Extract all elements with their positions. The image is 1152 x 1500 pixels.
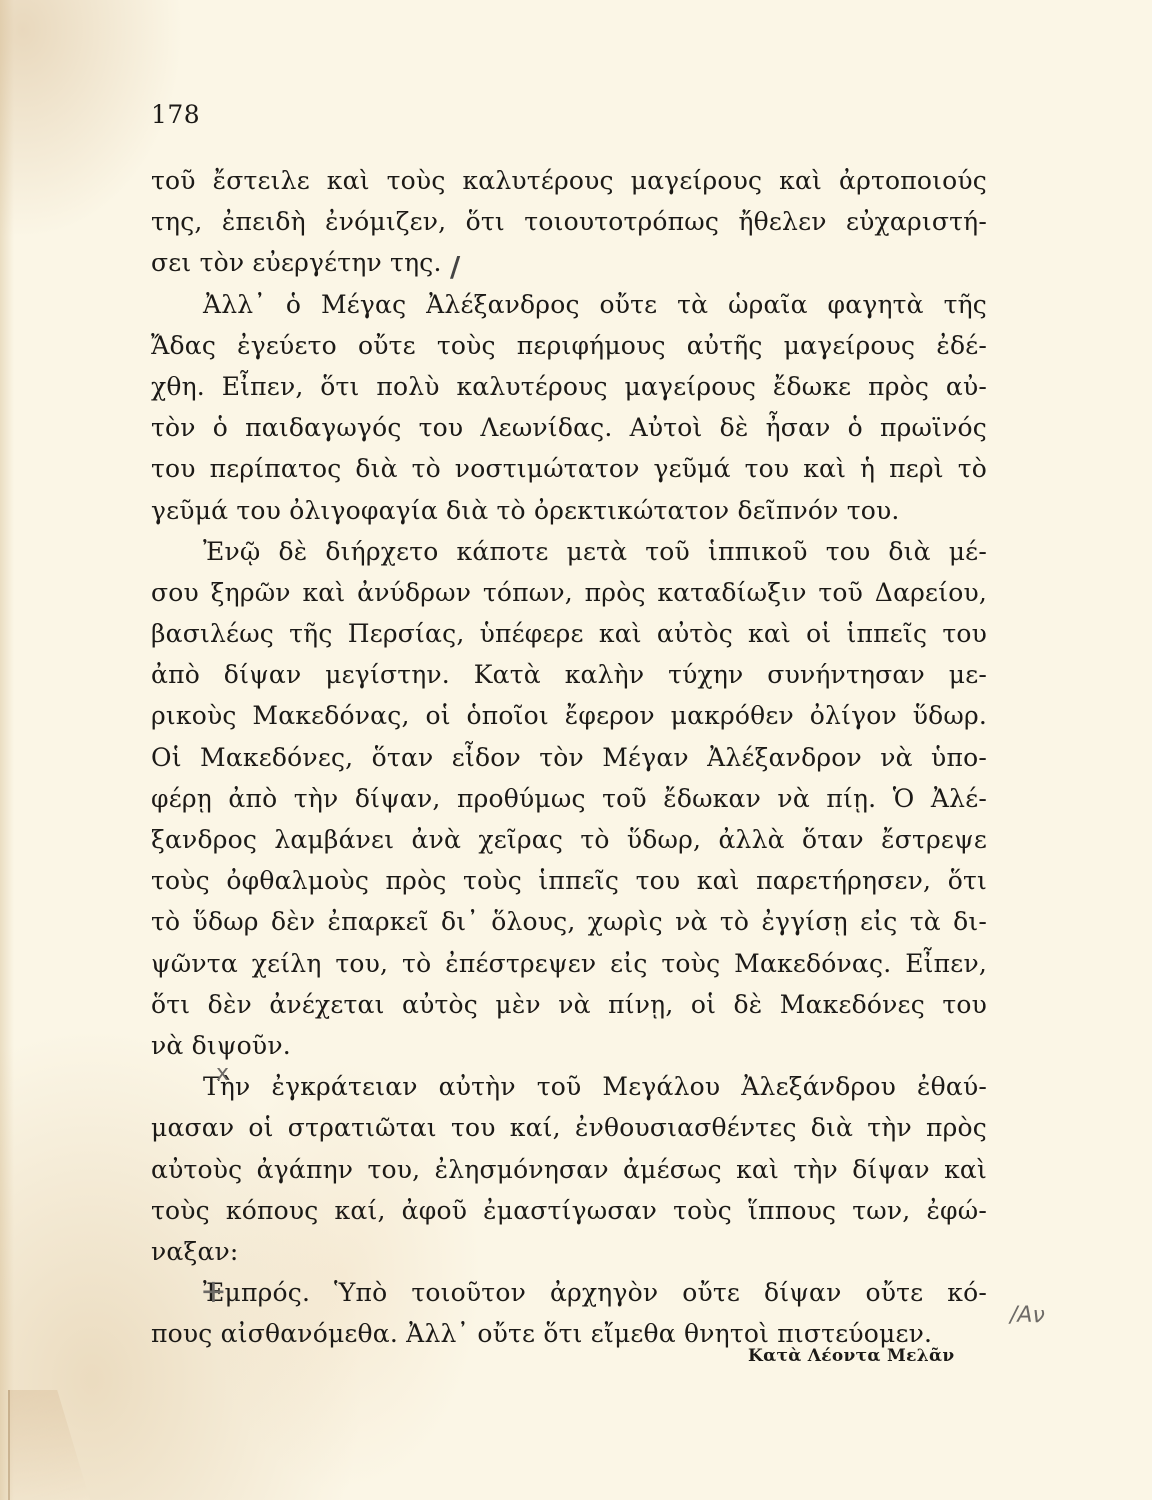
body-text: τοῦ ἔστειλε καὶ τοὺς καλυτέρους μαγείρου… <box>151 160 987 1354</box>
text-line: του περίπατος διὰ τὸ νοστιμώτατον γεῦμά … <box>151 448 987 489</box>
text-line: νὰ διψοῦν. <box>151 1025 987 1066</box>
text-line: τὸ ὕδωρ δὲν ἐπαρκεῖ δι᾽ ὅλους, χωρὶς νὰ … <box>151 901 987 942</box>
scanned-book-page: 178 τοῦ ἔστειλε καὶ τοὺς καλυτέρους μαγε… <box>0 0 1152 1500</box>
attribution: Κατὰ Λέοντα Μελᾶν <box>748 1346 954 1366</box>
text-line: σου ξηρῶν καὶ ἀνύδρων τόπων, πρὸς καταδί… <box>151 572 987 613</box>
text-line: τοῦ ἔστειλε καὶ τοὺς καλυτέρους μαγείρου… <box>151 160 987 201</box>
text-line: Ἐνῷ δὲ διήρχετο κάποτε μετὰ τοῦ ἱππικοῦ … <box>151 531 987 572</box>
text-line: σει τὸν εὐεργέτην της. <box>151 242 987 283</box>
pencil-margin-note: /Αν <box>1010 1303 1045 1328</box>
text-line: Ἄδας ἐγεύετο οὔτε τοὺς περιφήμους αὐτῆς … <box>151 325 987 366</box>
text-line: Ἀλλ᾽ ὁ Μέγας Ἀλέξανδρος οὔτε τὰ ὡραῖα φα… <box>151 284 987 325</box>
text-line: χθη. Εἶπεν, ὅτι πολὺ καλυτέρους μαγείρου… <box>151 366 987 407</box>
text-line: αὐτοὺς ἀγάπην του, ἐλησμόνησαν ἀμέσως κα… <box>151 1149 987 1190</box>
folded-page-corner <box>8 1390 90 1500</box>
text-line: της, ἐπειδὴ ἐνόμιζεν, ὅτι τοιουτοτρόπως … <box>151 201 987 242</box>
text-line: ψῶντα χείλη του, τὸ ἐπέστρεψεν εἰς τοὺς … <box>151 943 987 984</box>
text-line: γεῦμά του ὀλιγοφαγία διὰ τὸ ὀρεκτικώτατο… <box>151 490 987 531</box>
pencil-slash-mark: / <box>450 250 460 283</box>
text-line: τὸν ὁ παιδαγωγός του Λεωνίδας. Αὐτοὶ δὲ … <box>151 407 987 448</box>
text-line: φέρῃ ἀπὸ τὴν δίψαν, προθύμως τοῦ ἔδωκαν … <box>151 778 987 819</box>
pencil-plus-mark: + <box>200 1272 227 1310</box>
text-line: ὅτι δὲν ἀνέχεται αὐτὸς μὲν νὰ πίνῃ, οἱ δ… <box>151 984 987 1025</box>
text-line: Τὴν ἐγκράτειαν αὐτὴν τοῦ Μεγάλου Ἀλεξάνδ… <box>151 1066 987 1107</box>
text-line: βασιλέως τῆς Περσίας, ὑπέφερε καὶ αὐτὸς … <box>151 613 987 654</box>
pencil-x-mark: x <box>216 1061 229 1086</box>
text-line: ναξαν: <box>151 1231 987 1272</box>
text-line: ξανδρος λαμβάνει ἀνὰ χεῖρας τὸ ὕδωρ, ἀλλ… <box>151 819 987 860</box>
text-line: τοὺς κόπους καί, ἀφοῦ ἐμαστίγωσαν τοὺς ἵ… <box>151 1190 987 1231</box>
text-line: ρικοὺς Μακεδόνας, οἱ ὁποῖοι ἔφερον μακρό… <box>151 695 987 736</box>
text-line: Οἱ Μακεδόνες, ὅταν εἶδον τὸν Μέγαν Ἀλέξα… <box>151 737 987 778</box>
page-number: 178 <box>151 100 200 129</box>
text-line: Ἐμπρός. Ὑπὸ τοιοῦτον ἀρχηγὸν οὔτε δίψαν … <box>151 1272 987 1313</box>
text-line: τοὺς ὀφθαλμοὺς πρὸς τοὺς ἱππεῖς του καὶ … <box>151 860 987 901</box>
text-line: μασαν οἱ στρατιῶται του καί, ἐνθουσιασθέ… <box>151 1107 987 1148</box>
text-line: ἀπὸ δίψαν μεγίστην. Κατὰ καλὴν τύχην συν… <box>151 654 987 695</box>
